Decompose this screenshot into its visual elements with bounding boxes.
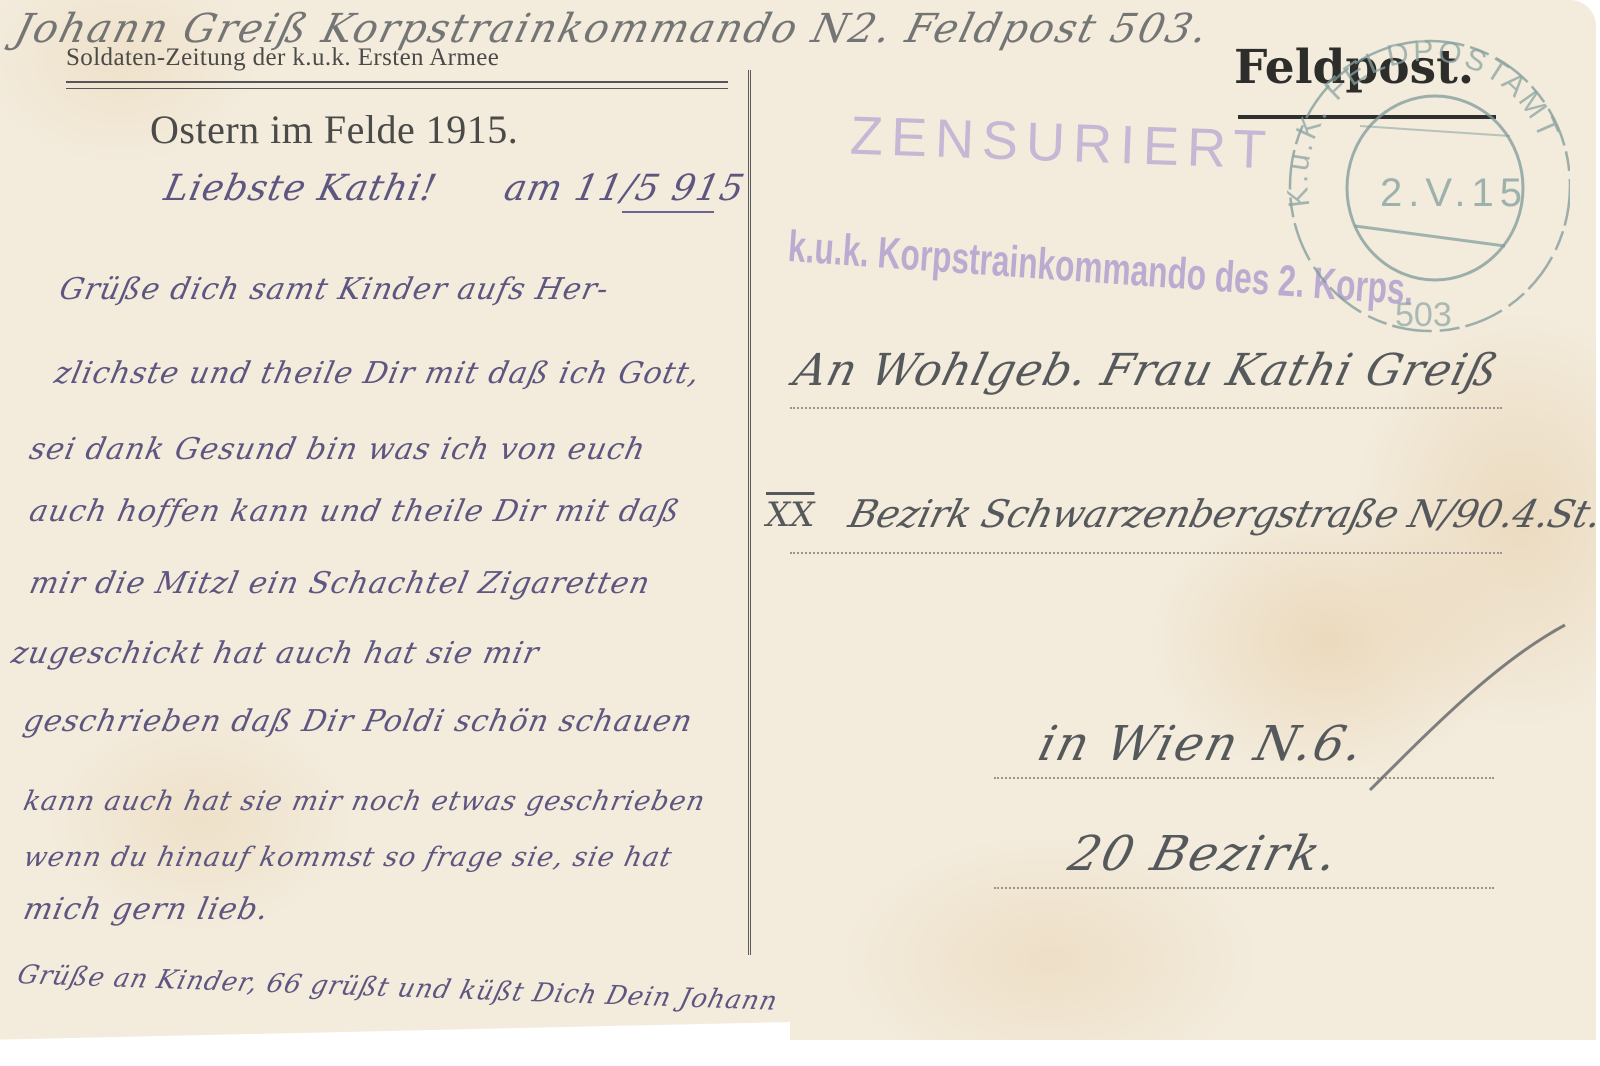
card-heading: Ostern im Felde 1915. bbox=[150, 106, 518, 153]
header-rule-top bbox=[66, 81, 728, 83]
message-line: auch hoffen kann und theile Dir mit daß bbox=[26, 494, 683, 529]
svg-text:503: 503 bbox=[1395, 296, 1452, 334]
message-line: Grüße dich samt Kinder aufs Her- bbox=[56, 272, 612, 307]
message-line: wenn du hinauf kommst so frage sie, sie … bbox=[21, 842, 675, 873]
postcard: Johann Greiß Korpstrainkommando N2. Feld… bbox=[0, 0, 1596, 1040]
message-line: zugeschickt hat auch hat sie mir bbox=[8, 636, 542, 671]
message-line: kann auch hat sie mir noch etwas geschri… bbox=[21, 786, 709, 817]
message-salutation: Liebste Kathi! bbox=[161, 168, 441, 209]
address-city: in Wien N.6. bbox=[1033, 716, 1371, 772]
address-line-4 bbox=[994, 887, 1494, 889]
censor-stamp-line1: ZENSURIERT bbox=[849, 105, 1275, 182]
address-street: Bezirk Schwarzenbergstraße N/90.4.St.Th.… bbox=[845, 492, 1600, 536]
pencil-stroke-icon bbox=[1330, 620, 1580, 800]
message-line: mich gern lieb. bbox=[20, 892, 272, 927]
district-mark: XX bbox=[766, 495, 814, 535]
message-line: geschrieben daß Dir Poldi schön schauen bbox=[20, 704, 696, 739]
date-underline bbox=[622, 211, 714, 213]
deckled-edge bbox=[0, 1014, 790, 1038]
header-rule-bottom bbox=[66, 88, 728, 89]
svg-text:2.V.15: 2.V.15 bbox=[1380, 171, 1528, 215]
message-line: sei dank Gesund bin was ich von euch bbox=[26, 432, 649, 467]
newspaper-title: Soldaten-Zeitung der k.u.k. Ersten Armee bbox=[66, 44, 499, 72]
postmark-icon: K.u.K. FELDPOSTAMT 2.V.15 503 bbox=[1280, 36, 1570, 336]
address-district: 20 Bezirk. bbox=[1063, 826, 1345, 882]
address-line-2 bbox=[790, 552, 1502, 554]
scan-background bbox=[790, 1040, 1600, 1066]
address-recipient: An Wohlgeb. Frau Kathi Greiß bbox=[789, 345, 1504, 396]
address-line-1 bbox=[790, 407, 1502, 409]
message-signoff: Grüße an Kinder, 66 grüßt und küßt Dich … bbox=[14, 960, 781, 1017]
message-line: zlichste und theile Dir mit daß ich Gott… bbox=[51, 356, 703, 391]
message-line: mir die Mitzl ein Schachtel Zigaretten bbox=[26, 566, 653, 601]
vertical-divider bbox=[748, 70, 751, 955]
message-date: am 11/5 915 bbox=[501, 168, 749, 209]
